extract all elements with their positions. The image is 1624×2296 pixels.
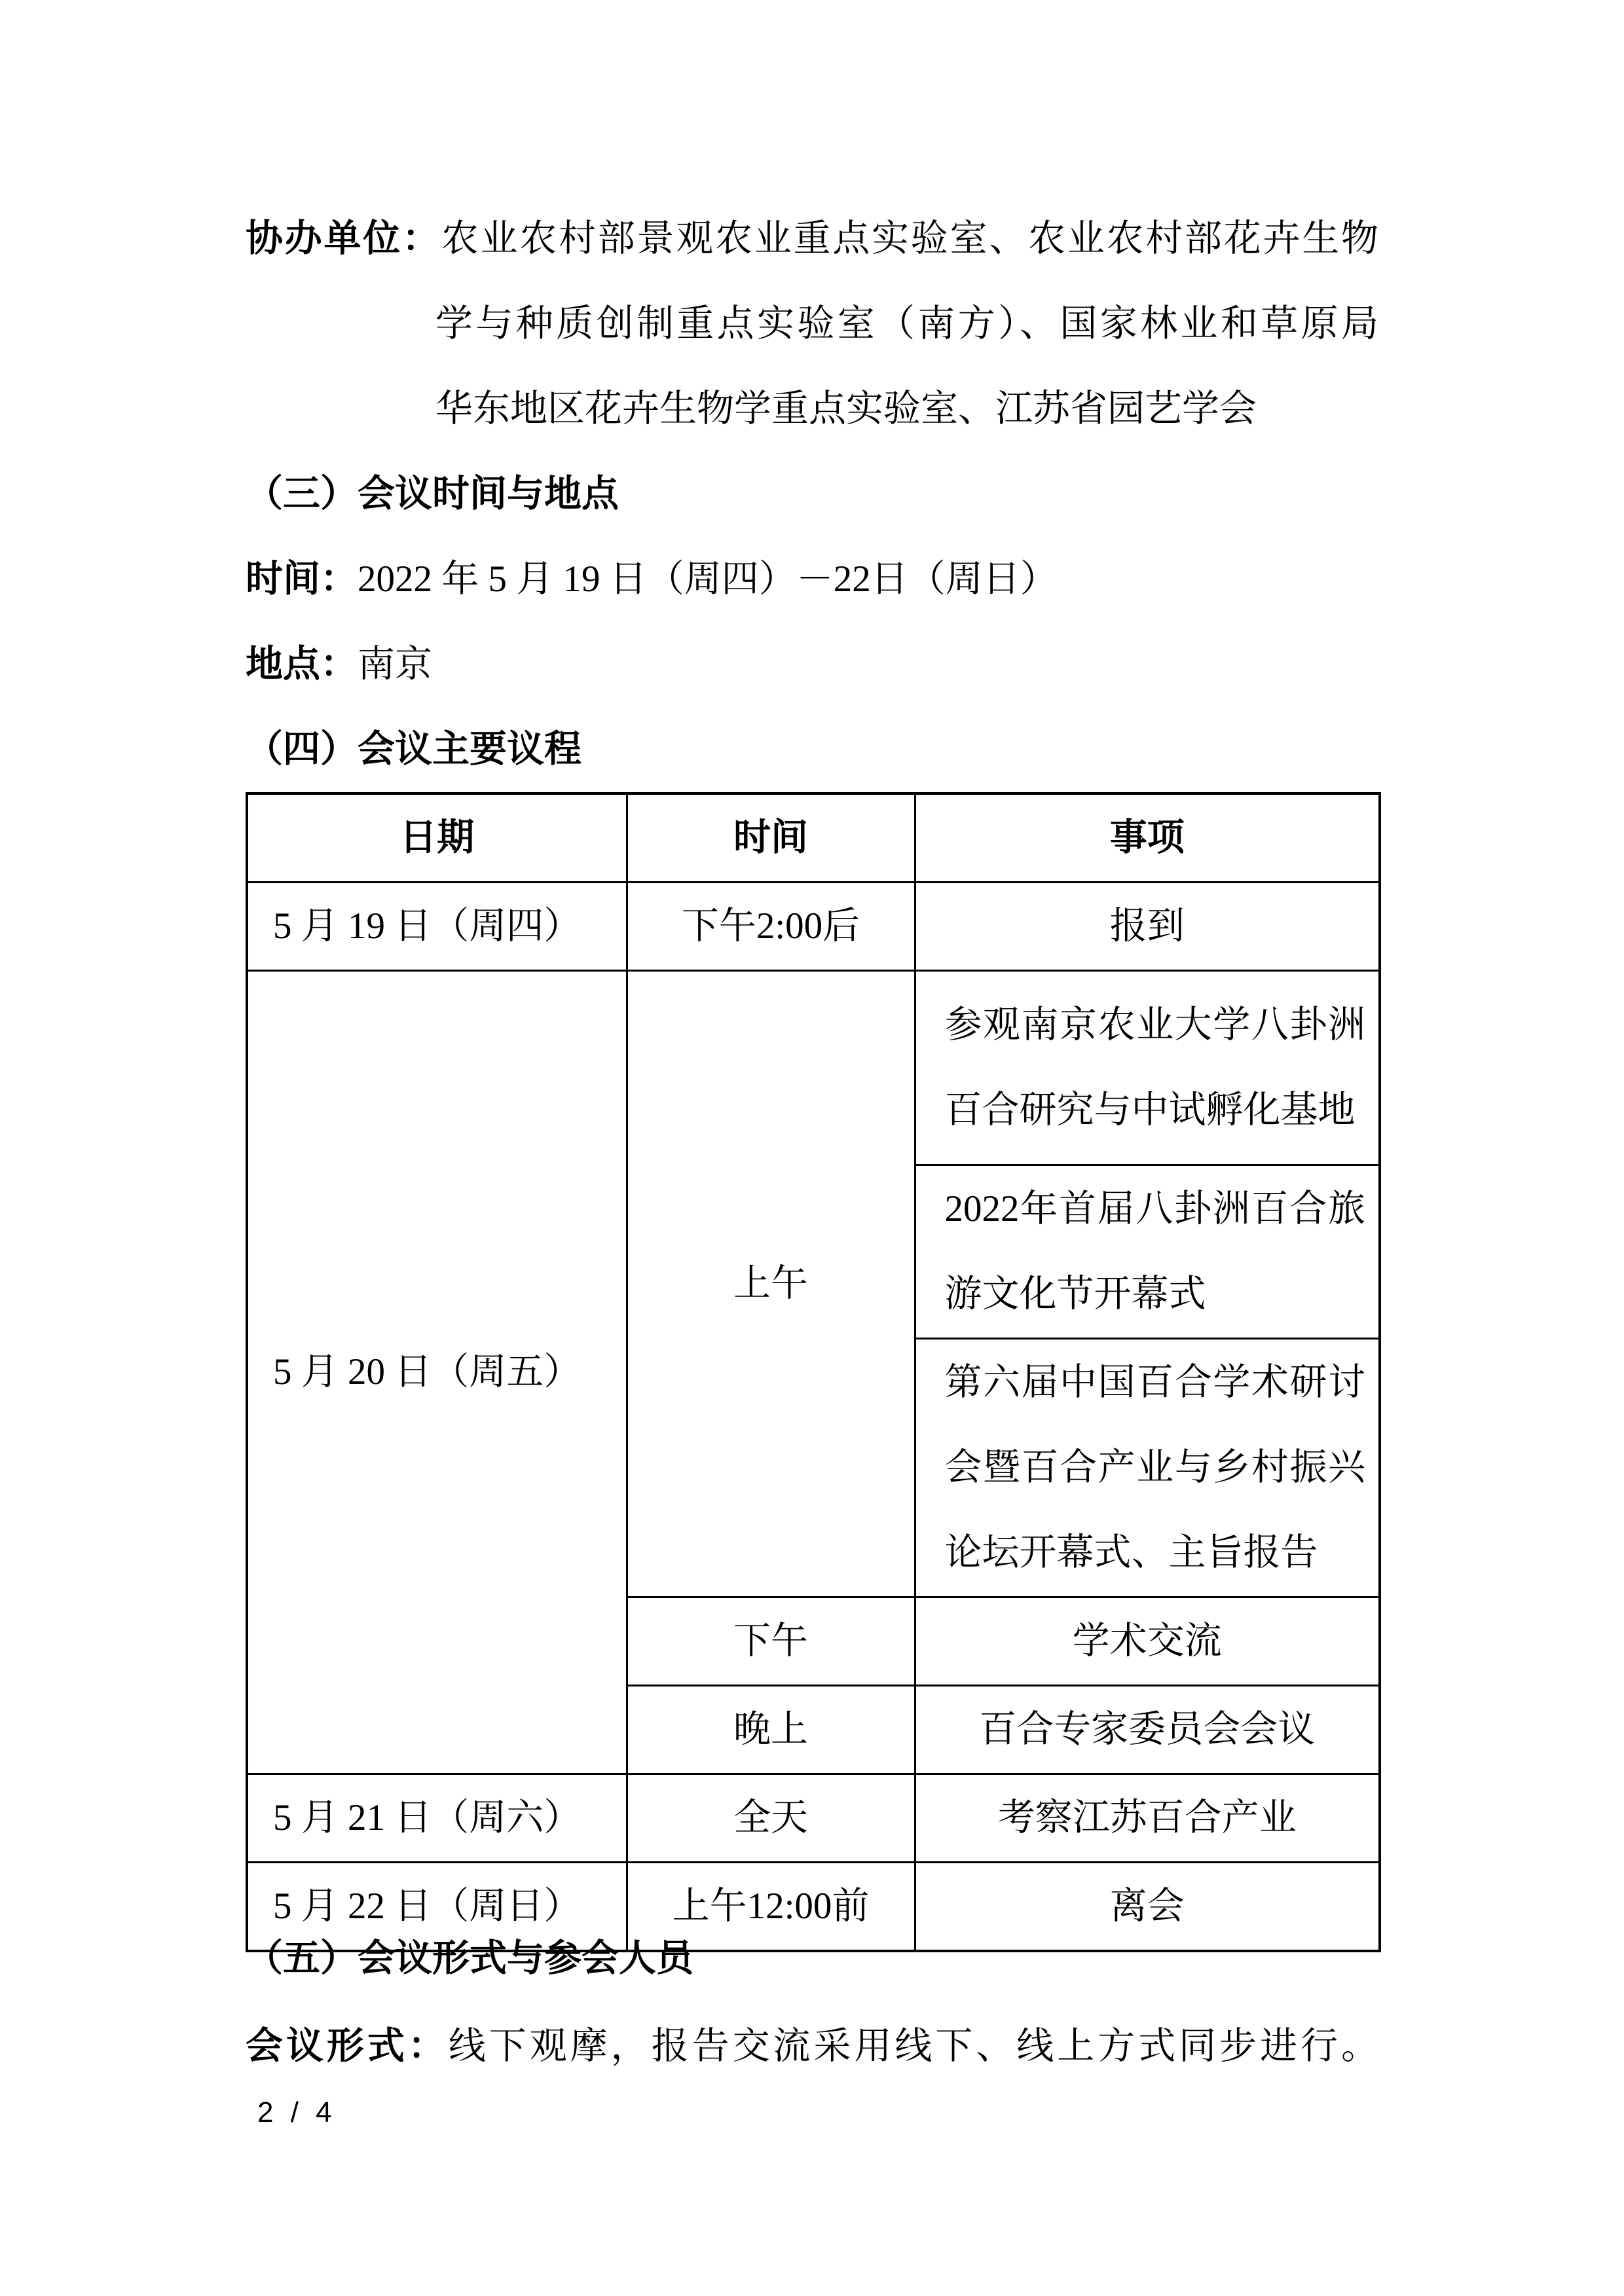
co-organizer-label: 协办单位： — [246, 218, 441, 259]
section-3-heading: （三）会议时间与地点 — [246, 452, 1378, 537]
may20-date: 5 月 20 日（周五） — [247, 971, 627, 1774]
venue-value: 南京 — [358, 644, 432, 685]
section-5-heading: （五）会议形式与参会人员 — [246, 1915, 1378, 2003]
agenda-header-row: 日期 时间 事项 — [247, 793, 1380, 883]
may20-morning-label: 上午 — [627, 971, 915, 1597]
may19-item: 报到 — [915, 883, 1380, 971]
may20-evening-time: 晚上 — [627, 1686, 915, 1774]
co-organizer-text-1: 农业农村部景观农业重点实验室、农业农村部花卉生物 — [441, 218, 1378, 259]
agenda-header-date: 日期 — [247, 793, 627, 883]
venue-line: 地点：南京 — [246, 622, 1378, 707]
may21-item: 考察江苏百合产业 — [915, 1774, 1380, 1863]
venue-label: 地点： — [246, 644, 358, 685]
agenda-row-may21: 5 月 21 日（周六） 全天 考察江苏百合产业 — [247, 1774, 1380, 1863]
may20-morning-event-3: 第六届中国百合学术研讨会暨百合产业与乡村振兴论坛开幕式、主旨报告 — [915, 1339, 1380, 1597]
document-body: 协办单位：农业农村部景观农业重点实验室、农业农村部花卉生物 学与种质创制重点实验… — [246, 196, 1378, 1952]
may21-time: 全天 — [627, 1774, 915, 1863]
may19-time: 下午2:00后 — [627, 883, 915, 971]
may20-evening-item: 百合专家委员会会议 — [915, 1686, 1380, 1774]
section-4-heading: （四）会议主要议程 — [246, 707, 1378, 792]
agenda-header-time: 时间 — [627, 793, 915, 883]
co-organizer-line-2: 学与种质创制重点实验室（南方）、国家林业和草原局 — [246, 282, 1378, 367]
document-body-after-table: （五）会议形式与参会人员 会议形式：线下观摩，报告交流采用线下、线上方式同步进行… — [246, 1915, 1378, 2090]
co-organizer-line-1: 协办单位：农业农村部景观农业重点实验室、农业农村部花卉生物 — [246, 196, 1378, 282]
time-value: 2022 年 5 月 19 日（周四）－22日（周日） — [358, 558, 1058, 600]
page-number: 2 / 4 — [257, 2096, 337, 2129]
may20-afternoon-item: 学术交流 — [915, 1597, 1380, 1686]
agenda-row-may20-morning-1: 5 月 20 日（周五） 上午 参观南京农业大学八卦洲百合研究与中试孵化基地 — [247, 971, 1380, 1165]
co-organizer-line-3: 华东地区花卉生物学重点实验室、江苏省园艺学会 — [246, 367, 1378, 452]
agenda-header-item: 事项 — [915, 793, 1380, 883]
agenda-table: 日期 时间 事项 5 月 19 日（周四） 下午2:00后 报到 5 月 20 … — [246, 792, 1381, 1952]
may20-afternoon-time: 下午 — [627, 1597, 915, 1686]
document-page: 协办单位：农业农村部景观农业重点实验室、农业农村部花卉生物 学与种质创制重点实验… — [0, 0, 1624, 2296]
time-line: 时间：2022 年 5 月 19 日（周四）－22日（周日） — [246, 537, 1378, 622]
format-value: 线下观摩，报告交流采用线下、线上方式同步进行。 — [449, 2026, 1378, 2067]
may21-date: 5 月 21 日（周六） — [247, 1774, 627, 1863]
agenda-row-may19: 5 月 19 日（周四） 下午2:00后 报到 — [247, 883, 1380, 971]
format-line: 会议形式：线下观摩，报告交流采用线下、线上方式同步进行。 — [246, 2003, 1378, 2090]
may20-morning-event-2: 2022年首届八卦洲百合旅游文化节开幕式 — [915, 1165, 1380, 1339]
format-label: 会议形式： — [246, 2026, 449, 2067]
time-label: 时间： — [246, 558, 358, 600]
may20-morning-event-1: 参观南京农业大学八卦洲百合研究与中试孵化基地 — [915, 971, 1380, 1165]
may19-date: 5 月 19 日（周四） — [247, 883, 627, 971]
